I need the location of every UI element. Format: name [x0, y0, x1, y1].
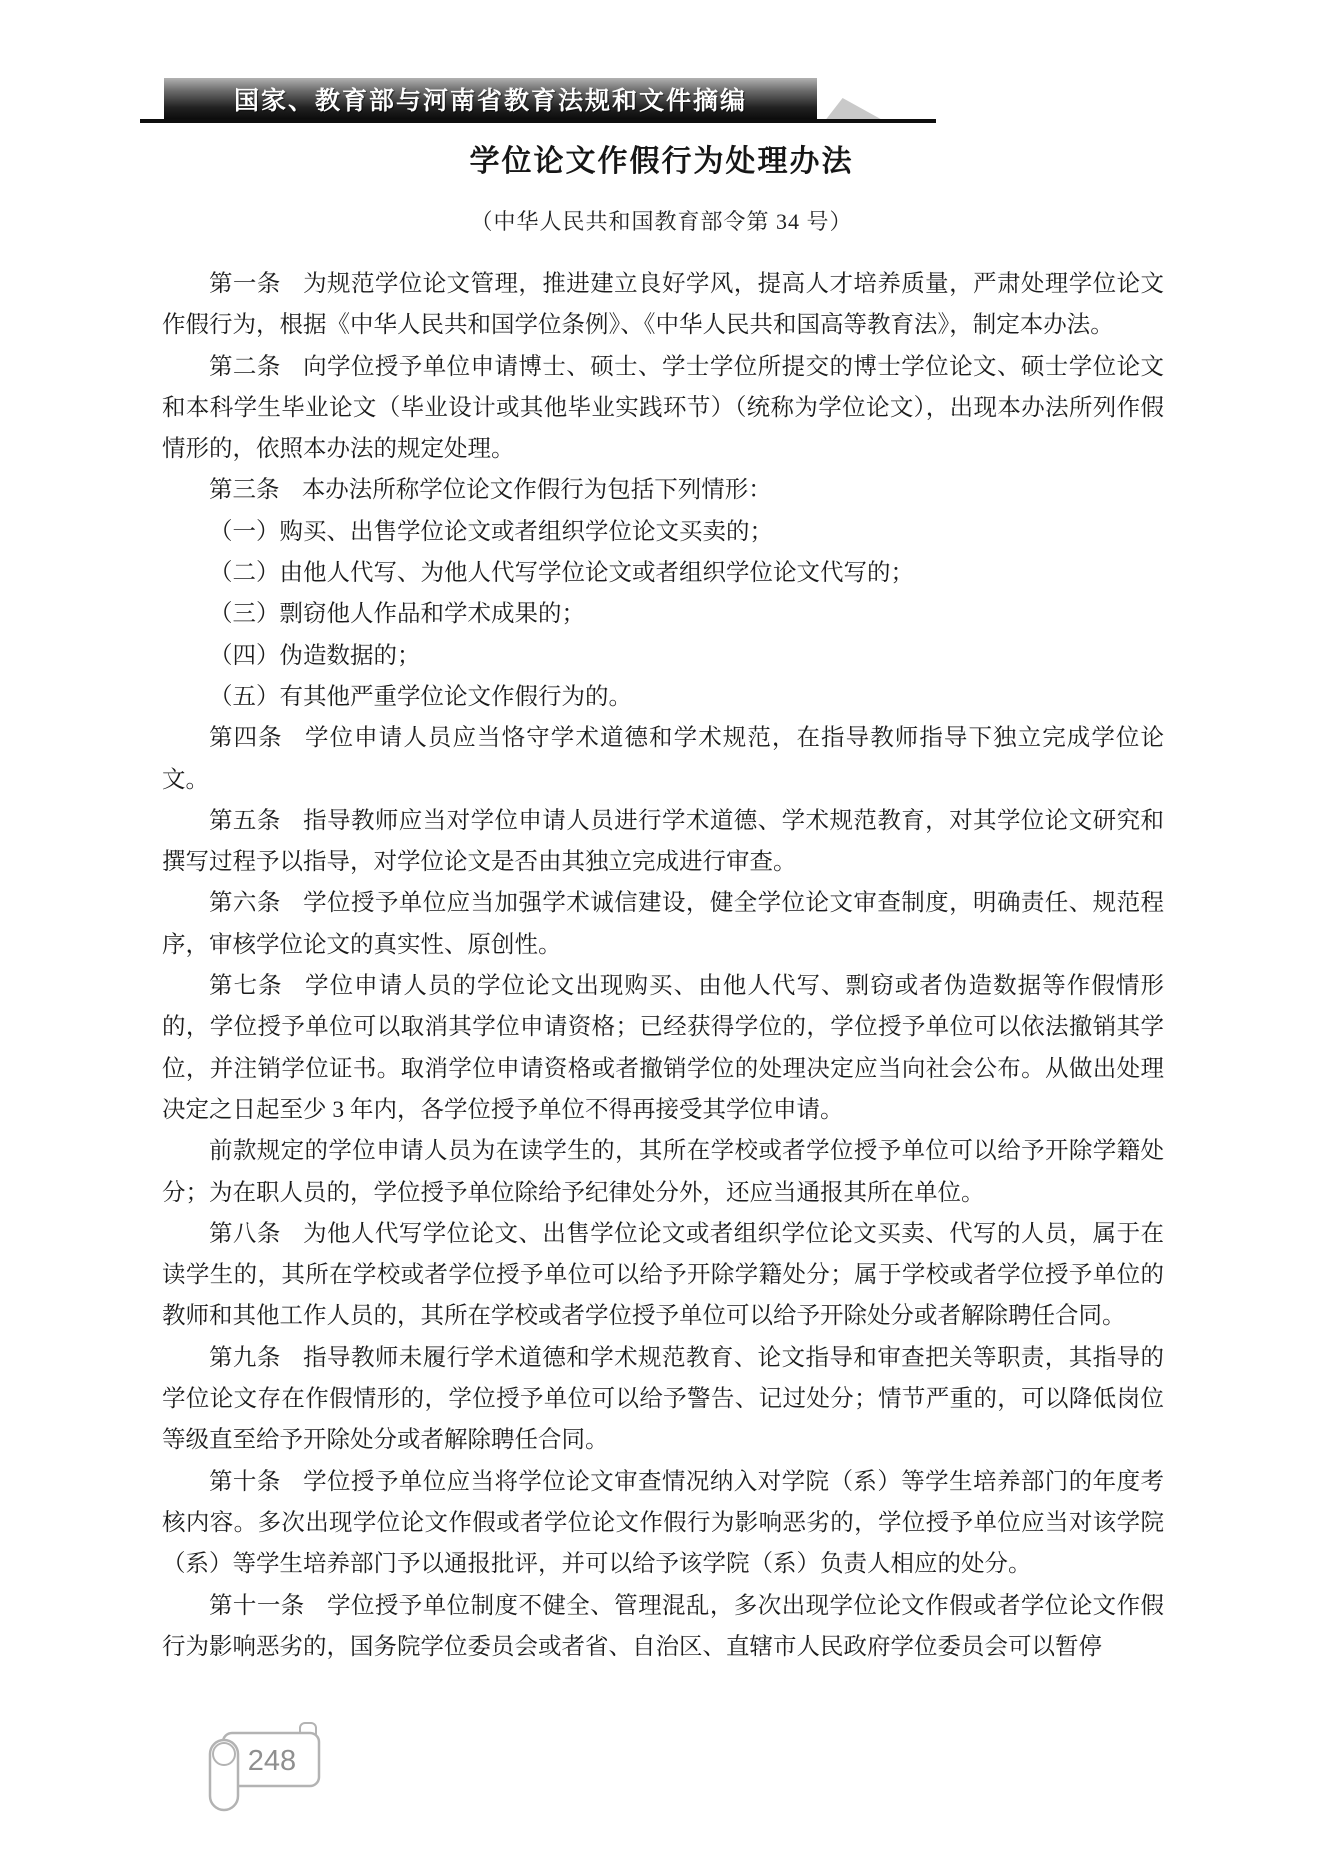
- scroll-roll-swirl: [213, 1743, 235, 1765]
- page-number: 248: [248, 1745, 296, 1777]
- header-banner-title: 国家、教育部与河南省教育法规和文件摘编: [234, 81, 747, 117]
- paragraph: 第七条学位申请人员的学位论文出现购买、由他人代写、剽窃或者伪造数据等作假情形的，…: [162, 966, 1164, 1131]
- paragraph-text: 指导教师应当对学位申请人员进行学术道德、学术规范教育，对其学位论文研究和撰写过程…: [162, 808, 1164, 875]
- article-number: 第十条: [209, 1469, 303, 1495]
- paragraph: （四）伪造数据的；: [162, 636, 1164, 677]
- paragraph-text: 前款规定的学位申请人员为在读学生的，其所在学校或者学位授予单位可以给予开除学籍处…: [162, 1138, 1164, 1205]
- paragraph-text: （五）有其他严重学位论文作假行为的。: [209, 684, 632, 710]
- article-number: 第三条: [209, 477, 302, 503]
- paragraph-text: 向学位授予单位申请博士、硕士、学士学位所提交的博士学位论文、硕士学位论文和本科学…: [162, 354, 1164, 463]
- paragraph: 第十条学位授予单位应当将学位论文审查情况纳入对学院（系）等学生培养部门的年度考核…: [162, 1462, 1164, 1586]
- article-number: 第五条: [209, 808, 303, 834]
- paragraph-text: （三）剽窃他人作品和学术成果的；: [209, 601, 585, 627]
- header-banner: 国家、教育部与河南省教育法规和文件摘编: [164, 78, 817, 119]
- paragraph: （五）有其他严重学位论文作假行为的。: [162, 677, 1164, 718]
- article-number: 第四条: [209, 725, 305, 751]
- paragraph-text: 为他人代写学位论文、出售学位论文或者组织学位论文买卖、代写的人员，属于在读学生的…: [162, 1221, 1164, 1330]
- paragraph: 第八条为他人代写学位论文、出售学位论文或者组织学位论文买卖、代写的人员，属于在读…: [162, 1214, 1164, 1338]
- paragraph: 第五条指导教师应当对学位申请人员进行学术道德、学术规范教育，对其学位论文研究和撰…: [162, 801, 1164, 884]
- paragraph-text: 学位申请人员的学位论文出现购买、由他人代写、剽窃或者伪造数据等作假情形的，学位授…: [162, 973, 1164, 1123]
- article-number: 第八条: [209, 1221, 303, 1247]
- article-number: 第九条: [209, 1345, 303, 1371]
- paragraph-text: （四）伪造数据的；: [209, 643, 421, 669]
- article-number: 第二条: [209, 354, 303, 380]
- paragraph-text: 学位申请人员应当恪守学术道德和学术规范，在指导教师指导下独立完成学位论文。: [162, 725, 1164, 792]
- paragraph: 第二条向学位授予单位申请博士、硕士、学士学位所提交的博士学位论文、硕士学位论文和…: [162, 347, 1164, 471]
- paragraph-text: （一）购买、出售学位论文或者组织学位论文买卖的；: [209, 519, 773, 545]
- paragraph: 第六条学位授予单位应当加强学术诚信建设，健全学位论文审查制度，明确责任、规范程序…: [162, 883, 1164, 966]
- document-body: 第一条为规范学位论文管理，推进建立良好学风，提高人才培养质量，严肃处理学位论文作…: [162, 264, 1164, 1668]
- page-number-scroll-icon: 248: [202, 1720, 332, 1815]
- paragraph-text: （二）由他人代写、为他人代写学位论文或者组织学位论文代写的；: [209, 560, 914, 586]
- paragraph: 第三条本办法所称学位论文作假行为包括下列情形：: [162, 470, 1164, 511]
- paragraph: 第一条为规范学位论文管理，推进建立良好学风，提高人才培养质量，严肃处理学位论文作…: [162, 264, 1164, 347]
- paragraph-text: 学位授予单位应当加强学术诚信建设，健全学位论文审查制度，明确责任、规范程序，审核…: [162, 890, 1164, 957]
- paragraph: 第四条学位申请人员应当恪守学术道德和学术规范，在指导教师指导下独立完成学位论文。: [162, 718, 1164, 801]
- paragraph: 前款规定的学位申请人员为在读学生的，其所在学校或者学位授予单位可以给予开除学籍处…: [162, 1131, 1164, 1214]
- article-number: 第十一条: [209, 1593, 327, 1619]
- article-number: 第七条: [209, 973, 305, 999]
- article-number: 第六条: [209, 890, 303, 916]
- document-subtitle: （中华人民共和国教育部令第 34 号）: [0, 205, 1323, 236]
- paragraph-text: 指导教师未履行学术道德和学术规范教育、论文指导和审查把关等职责，其指导的学位论文…: [162, 1345, 1164, 1454]
- paragraph: （三）剽窃他人作品和学术成果的；: [162, 594, 1164, 635]
- paragraph: 第十一条学位授予单位制度不健全、管理混乱，多次出现学位论文作假或者学位论文作假行…: [162, 1586, 1164, 1669]
- document-title: 学位论文作假行为处理办法: [0, 136, 1323, 180]
- paragraph-text: 为规范学位论文管理，推进建立良好学风，提高人才培养质量，严肃处理学位论文作假行为…: [162, 271, 1164, 338]
- paragraph: （一）购买、出售学位论文或者组织学位论文买卖的；: [162, 512, 1164, 553]
- paragraph-text: 学位授予单位应当将学位论文审查情况纳入对学院（系）等学生培养部门的年度考核内容。…: [162, 1469, 1164, 1578]
- paragraph: （二）由他人代写、为他人代写学位论文或者组织学位论文代写的；: [162, 553, 1164, 594]
- header-rule: [140, 119, 936, 123]
- paragraph-text: 本办法所称学位论文作假行为包括下列情形：: [302, 477, 772, 503]
- article-number: 第一条: [209, 271, 303, 297]
- paragraph: 第九条指导教师未履行学术道德和学术规范教育、论文指导和审查把关等职责，其指导的学…: [162, 1338, 1164, 1462]
